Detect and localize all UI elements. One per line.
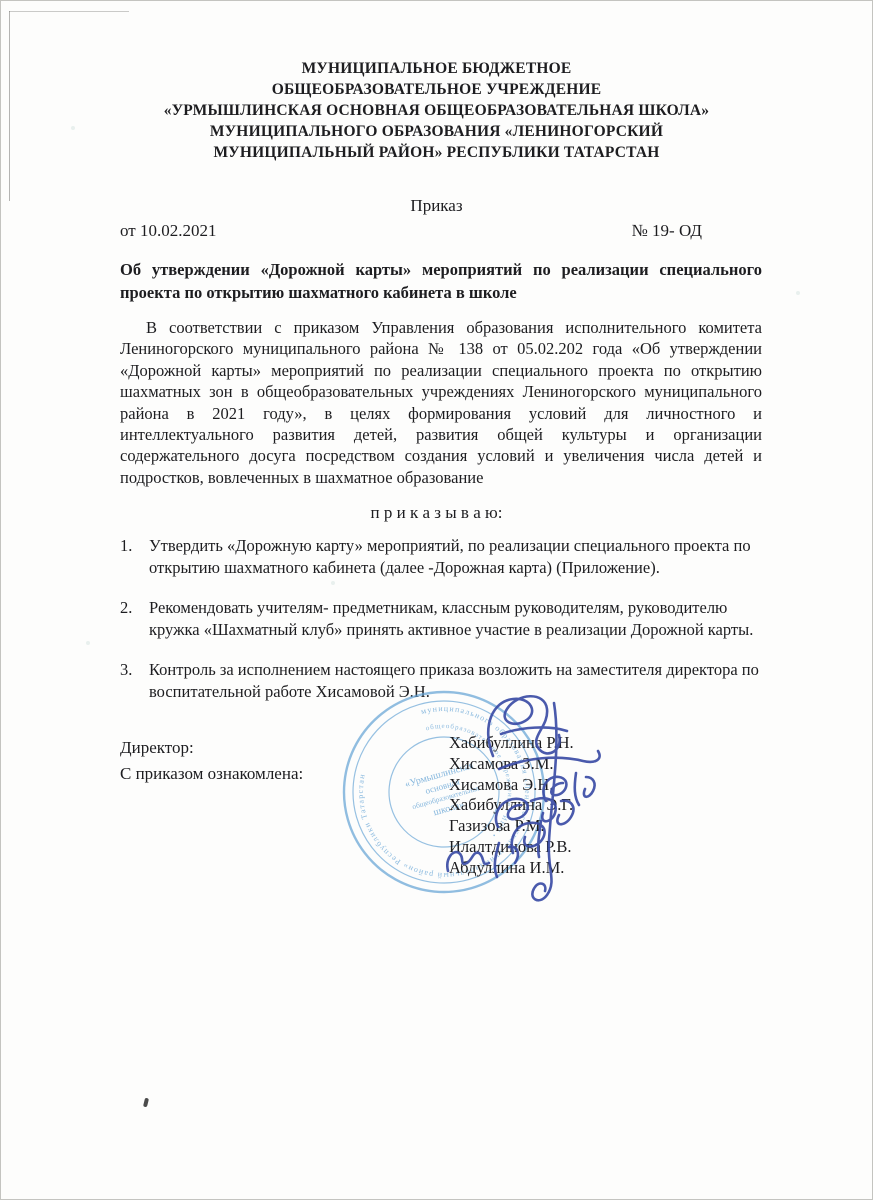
date-number-row: от 10.02.2021 № 19- ОД [1, 220, 872, 242]
scan-speck [331, 581, 335, 585]
order-item: 1. Утвердить «Дорожную карту» мероприяти… [120, 535, 772, 578]
scan-speck [321, 396, 325, 400]
letterhead-line: «УРМЫШЛИНСКАЯ ОСНОВНАЯ ОБЩЕОБРАЗОВАТЕЛЬН… [61, 100, 812, 121]
signatory-name: Хисамова Э.Н. [449, 775, 574, 796]
ink-speck [143, 1098, 149, 1108]
letterhead-line: МУНИЦИПАЛЬНЫЙ РАЙОН» РЕСПУБЛИКИ ТАТАРСТА… [61, 142, 812, 163]
letterhead-line: ОБЩЕОБРАЗОВАТЕЛЬНОЕ УЧРЕЖДЕНИЕ [61, 79, 812, 100]
scan-edge-line [9, 11, 129, 12]
scan-edge-line [9, 11, 10, 201]
signature-labels: Директор: С приказом ознакомлена: [120, 735, 303, 787]
scan-speck [71, 126, 75, 130]
letterhead: МУНИЦИПАЛЬНОЕ БЮДЖЕТНОЕ ОБЩЕОБРАЗОВАТЕЛЬ… [61, 58, 812, 163]
item-number: 2. [120, 597, 149, 640]
signatory-name: Абдуллина И.М. [449, 858, 574, 879]
body-paragraph: В соответствии с приказом Управления обр… [120, 317, 762, 488]
acknowledged-label: С приказом ознакомлена: [120, 761, 303, 787]
signatory-names: Хабибуллина Р.Н. Хисамова З.М. Хисамова … [449, 733, 574, 879]
director-label: Директор: [120, 735, 303, 761]
signatory-name: Хисамова З.М. [449, 754, 574, 775]
order-item: 2. Рекомендовать учителям- предметникам,… [120, 597, 772, 640]
decree-word: п р и к а з ы в а ю: [1, 502, 872, 524]
signatory-name: Илалтдинова Р.В. [449, 837, 574, 858]
signatory-name: Хабибуллина Э.Г. [449, 795, 574, 816]
document-page: МУНИЦИПАЛЬНОЕ БЮДЖЕТНОЕ ОБЩЕОБРАЗОВАТЕЛЬ… [0, 0, 873, 1200]
letterhead-line: МУНИЦИПАЛЬНОЕ БЮДЖЕТНОЕ [61, 58, 812, 79]
item-text: Утвердить «Дорожную карту» мероприятий, … [149, 535, 772, 578]
order-subject: Об утверждении «Дорожной карты» мероприя… [120, 259, 762, 304]
order-number: № 19- ОД [632, 220, 702, 242]
signatory-name: Хабибуллина Р.Н. [449, 733, 574, 754]
order-items: 1. Утвердить «Дорожную карту» мероприяти… [120, 535, 772, 702]
signatory-name: Газизова Р.М. [449, 816, 574, 837]
item-number: 3. [120, 659, 149, 702]
item-text: Рекомендовать учителям- предметникам, кл… [149, 597, 772, 640]
letterhead-line: МУНИЦИПАЛЬНОГО ОБРАЗОВАНИЯ «ЛЕНИНОГОРСКИ… [61, 121, 812, 142]
order-date: от 10.02.2021 [120, 220, 216, 242]
scan-speck [86, 641, 90, 645]
item-number: 1. [120, 535, 149, 578]
scan-speck [796, 291, 800, 295]
order-title: Приказ [1, 195, 872, 217]
